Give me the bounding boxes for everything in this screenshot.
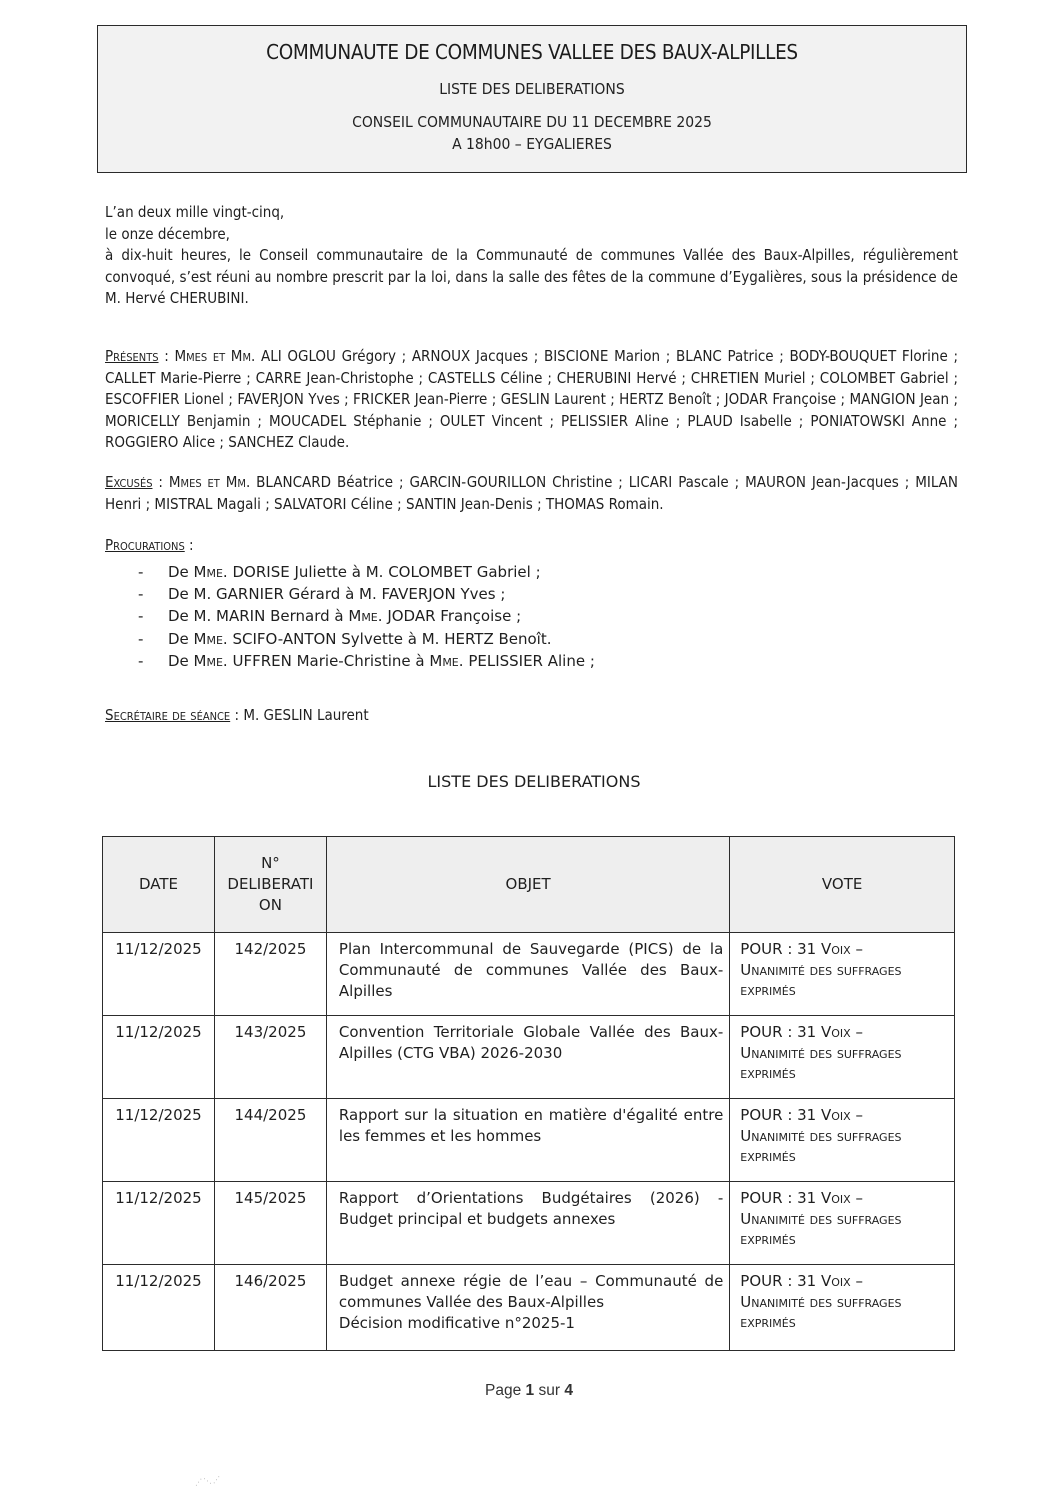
vote-count: POUR : 31 Voix – [740,1271,948,1292]
presents-label: Présents [105,347,159,365]
cell-number: 144/2025 [214,1099,326,1182]
cell-vote: POUR : 31 Voix – Unanimité des suffrages… [730,1099,955,1182]
item-end: ; [496,585,506,603]
dash-bullet-icon: - [138,650,143,672]
column-header-number: N°DELIBERATION [214,837,326,933]
cell-vote: POUR : 31 Voix – Unanimité des suffrages… [730,933,955,1016]
session-time-place: A 18h00 – EYGALIERES [98,135,966,153]
to-name: FAVERJON Yves [382,585,496,603]
procurations-label: Procurations [105,536,185,554]
vote-unit: Voix [821,1272,851,1290]
excuses-label: Excusés [105,473,152,491]
page-number: Page 1 sur 4 [0,1382,1058,1400]
cell-number: 143/2025 [214,1016,326,1099]
cell-date: 11/12/2025 [103,1265,215,1351]
secretary-section: Secrétaire de séance : M. GESLIN Laurent [105,705,958,727]
page-of-label: sur [538,1382,560,1399]
vote-result: Unanimité des suffrages exprimés [740,960,948,1000]
to-title: Mme. [348,607,382,625]
to-title: M. [359,585,377,603]
vote-count: POUR : 31 Voix – [740,1188,948,1209]
council-session: CONSEIL COMMUNAUTAIRE DU 11 DECEMBRE 202… [98,113,966,131]
item-end: ; [585,652,595,670]
item-end: ; [531,563,541,581]
document-subtitle: LISTE DES DELIBERATIONS [98,80,966,98]
procuration-item: -De M. GARNIER Gérard à M. FAVERJON Yves… [138,583,838,605]
column-header-date: DATE [103,837,215,933]
to-title: Mme. [429,652,463,670]
to-title: M. [422,630,440,648]
from-name: DORISE Juliette [232,563,346,581]
vote-result: Unanimité des suffrages exprimés [740,1043,948,1083]
dash-bullet-icon: - [138,561,143,583]
excuses-prefix: Mmes et Mm. [169,473,250,491]
cell-date: 11/12/2025 [103,1099,215,1182]
procuration-item: -De Mme. DORISE Juliette à M. COLOMBET G… [138,561,838,583]
table-header-row: DATE N°DELIBERATION OBJET VOTE [103,837,955,933]
vote-for: POUR : 31 [740,1106,816,1124]
vote-unit: Voix [821,1106,851,1124]
procurations-colon: : [185,536,194,554]
from-name: MARIN Bernard [216,607,330,625]
presents-prefix: Mmes et Mm. [174,347,255,365]
deliberations-table: DATE N°DELIBERATION OBJET VOTE 11/12/202… [102,836,955,1351]
document-header: COMMUNAUTE DE COMMUNES VALLEE DES BAUX-A… [97,25,967,173]
vote-count: POUR : 31 Voix – [740,1105,948,1126]
from-title: M. [194,607,212,625]
from-title: Mme. [194,630,228,648]
page-current: 1 [526,1382,535,1399]
intro-date: le onze décembre, [105,224,958,246]
cell-vote: POUR : 31 Voix – Unanimité des suffrages… [730,1182,955,1265]
column-header-object: OBJET [326,837,729,933]
object-line-2: Décision modificative n°2025-1 [339,1313,723,1334]
presents-colon: : [159,347,175,365]
procuration-item: -De Mme. SCIFO-ANTON Sylvette à M. HERTZ… [138,628,838,650]
excuses-colon: : [152,473,168,491]
secretary-label: Secrétaire de séance [105,706,230,724]
table-row: 11/12/2025 146/2025 Budget annexe régie … [103,1265,955,1351]
from-title: Mme. [194,563,228,581]
cell-object: Budget annexe régie de l’eau – Communaut… [326,1265,729,1351]
presents-section: Présents : Mmes et Mm. ALI OGLOU Grégory… [105,346,958,454]
to-name: PELISSIER Aline [468,652,585,670]
vote-unit: Voix [821,1023,851,1041]
cell-object: Plan Intercommunal de Sauvegarde (PICS) … [326,933,729,1016]
dash-bullet-icon: - [138,583,143,605]
procurations-list: -De Mme. DORISE Juliette à M. COLOMBET G… [138,561,838,672]
procurations-heading: Procurations : [105,535,958,557]
cell-object: Rapport sur la situation en matière d'ég… [326,1099,729,1182]
cell-number: 142/2025 [214,933,326,1016]
column-header-vote: VOTE [730,837,955,933]
vote-result: Unanimité des suffrages exprimés [740,1126,948,1166]
table-row: 11/12/2025 143/2025 Convention Territori… [103,1016,955,1099]
dash-bullet-icon: - [138,628,143,650]
intro-year: L’an deux mille vingt-cinq, [105,202,958,224]
from-title: Mme. [194,652,228,670]
from-name: SCIFO-ANTON Sylvette [232,630,402,648]
vote-result: Unanimité des suffrages exprimés [740,1292,948,1332]
deliberations-list-title: LISTE DES DELIBERATIONS [0,772,1058,791]
to-name: JODAR Françoise [387,607,511,625]
dash-bullet-icon: - [138,605,143,627]
secretary-name: M. GESLIN Laurent [243,706,368,724]
vote-count: POUR : 31 Voix – [740,939,948,960]
intro-paragraph: L’an deux mille vingt-cinq, le onze déce… [105,202,958,310]
object-line: Budget annexe régie de l’eau – Communaut… [339,1271,723,1313]
cell-object: Convention Territoriale Globale Vallée d… [326,1016,729,1099]
from-name: UFFREN Marie-Christine [232,652,410,670]
cell-date: 11/12/2025 [103,933,215,1016]
cell-number: 145/2025 [214,1182,326,1265]
vote-for: POUR : 31 [740,1189,816,1207]
vote-for: POUR : 31 [740,1023,816,1041]
vote-for: POUR : 31 [740,940,816,958]
excuses-section: Excusés : Mmes et Mm. BLANCARD Béatrice … [105,472,958,515]
scan-artifact: ⋰⋱⋰ [194,1466,286,1497]
table-row: 11/12/2025 142/2025 Plan Intercommunal d… [103,933,955,1016]
cell-object: Rapport d’Orientations Budgétaires (2026… [326,1182,729,1265]
vote-unit: Voix [821,940,851,958]
intro-body: à dix-huit heures, le Conseil communauta… [105,245,958,310]
secretary-colon: : [230,706,243,724]
page-label: Page [485,1382,521,1399]
page-total: 4 [564,1382,573,1399]
procuration-item: -De Mme. UFFREN Marie-Christine à Mme. P… [138,650,838,672]
table-row: 11/12/2025 144/2025 Rapport sur la situa… [103,1099,955,1182]
table-row: 11/12/2025 145/2025 Rapport d’Orientatio… [103,1182,955,1265]
procuration-item: -De M. MARIN Bernard à Mme. JODAR Franço… [138,605,838,627]
item-end: . [547,630,552,648]
organization-title: COMMUNAUTE DE COMMUNES VALLEE DES BAUX-A… [98,40,966,64]
vote-for: POUR : 31 [740,1272,816,1290]
to-title: M. [366,563,384,581]
from-title: M. [194,585,212,603]
cell-vote: POUR : 31 Voix – Unanimité des suffrages… [730,1016,955,1099]
document-page: COMMUNAUTE DE COMMUNES VALLEE DES BAUX-A… [0,0,1058,1497]
to-name: COLOMBET Gabriel [388,563,531,581]
cell-date: 11/12/2025 [103,1182,215,1265]
vote-unit: Voix [821,1189,851,1207]
vote-count: POUR : 31 Voix – [740,1022,948,1043]
cell-number: 146/2025 [214,1265,326,1351]
vote-result: Unanimité des suffrages exprimés [740,1209,948,1249]
to-name: HERTZ Benoît [444,630,547,648]
from-name: GARNIER Gérard [216,585,340,603]
item-end: ; [511,607,521,625]
cell-date: 11/12/2025 [103,1016,215,1099]
cell-vote: POUR : 31 Voix – Unanimité des suffrages… [730,1265,955,1351]
